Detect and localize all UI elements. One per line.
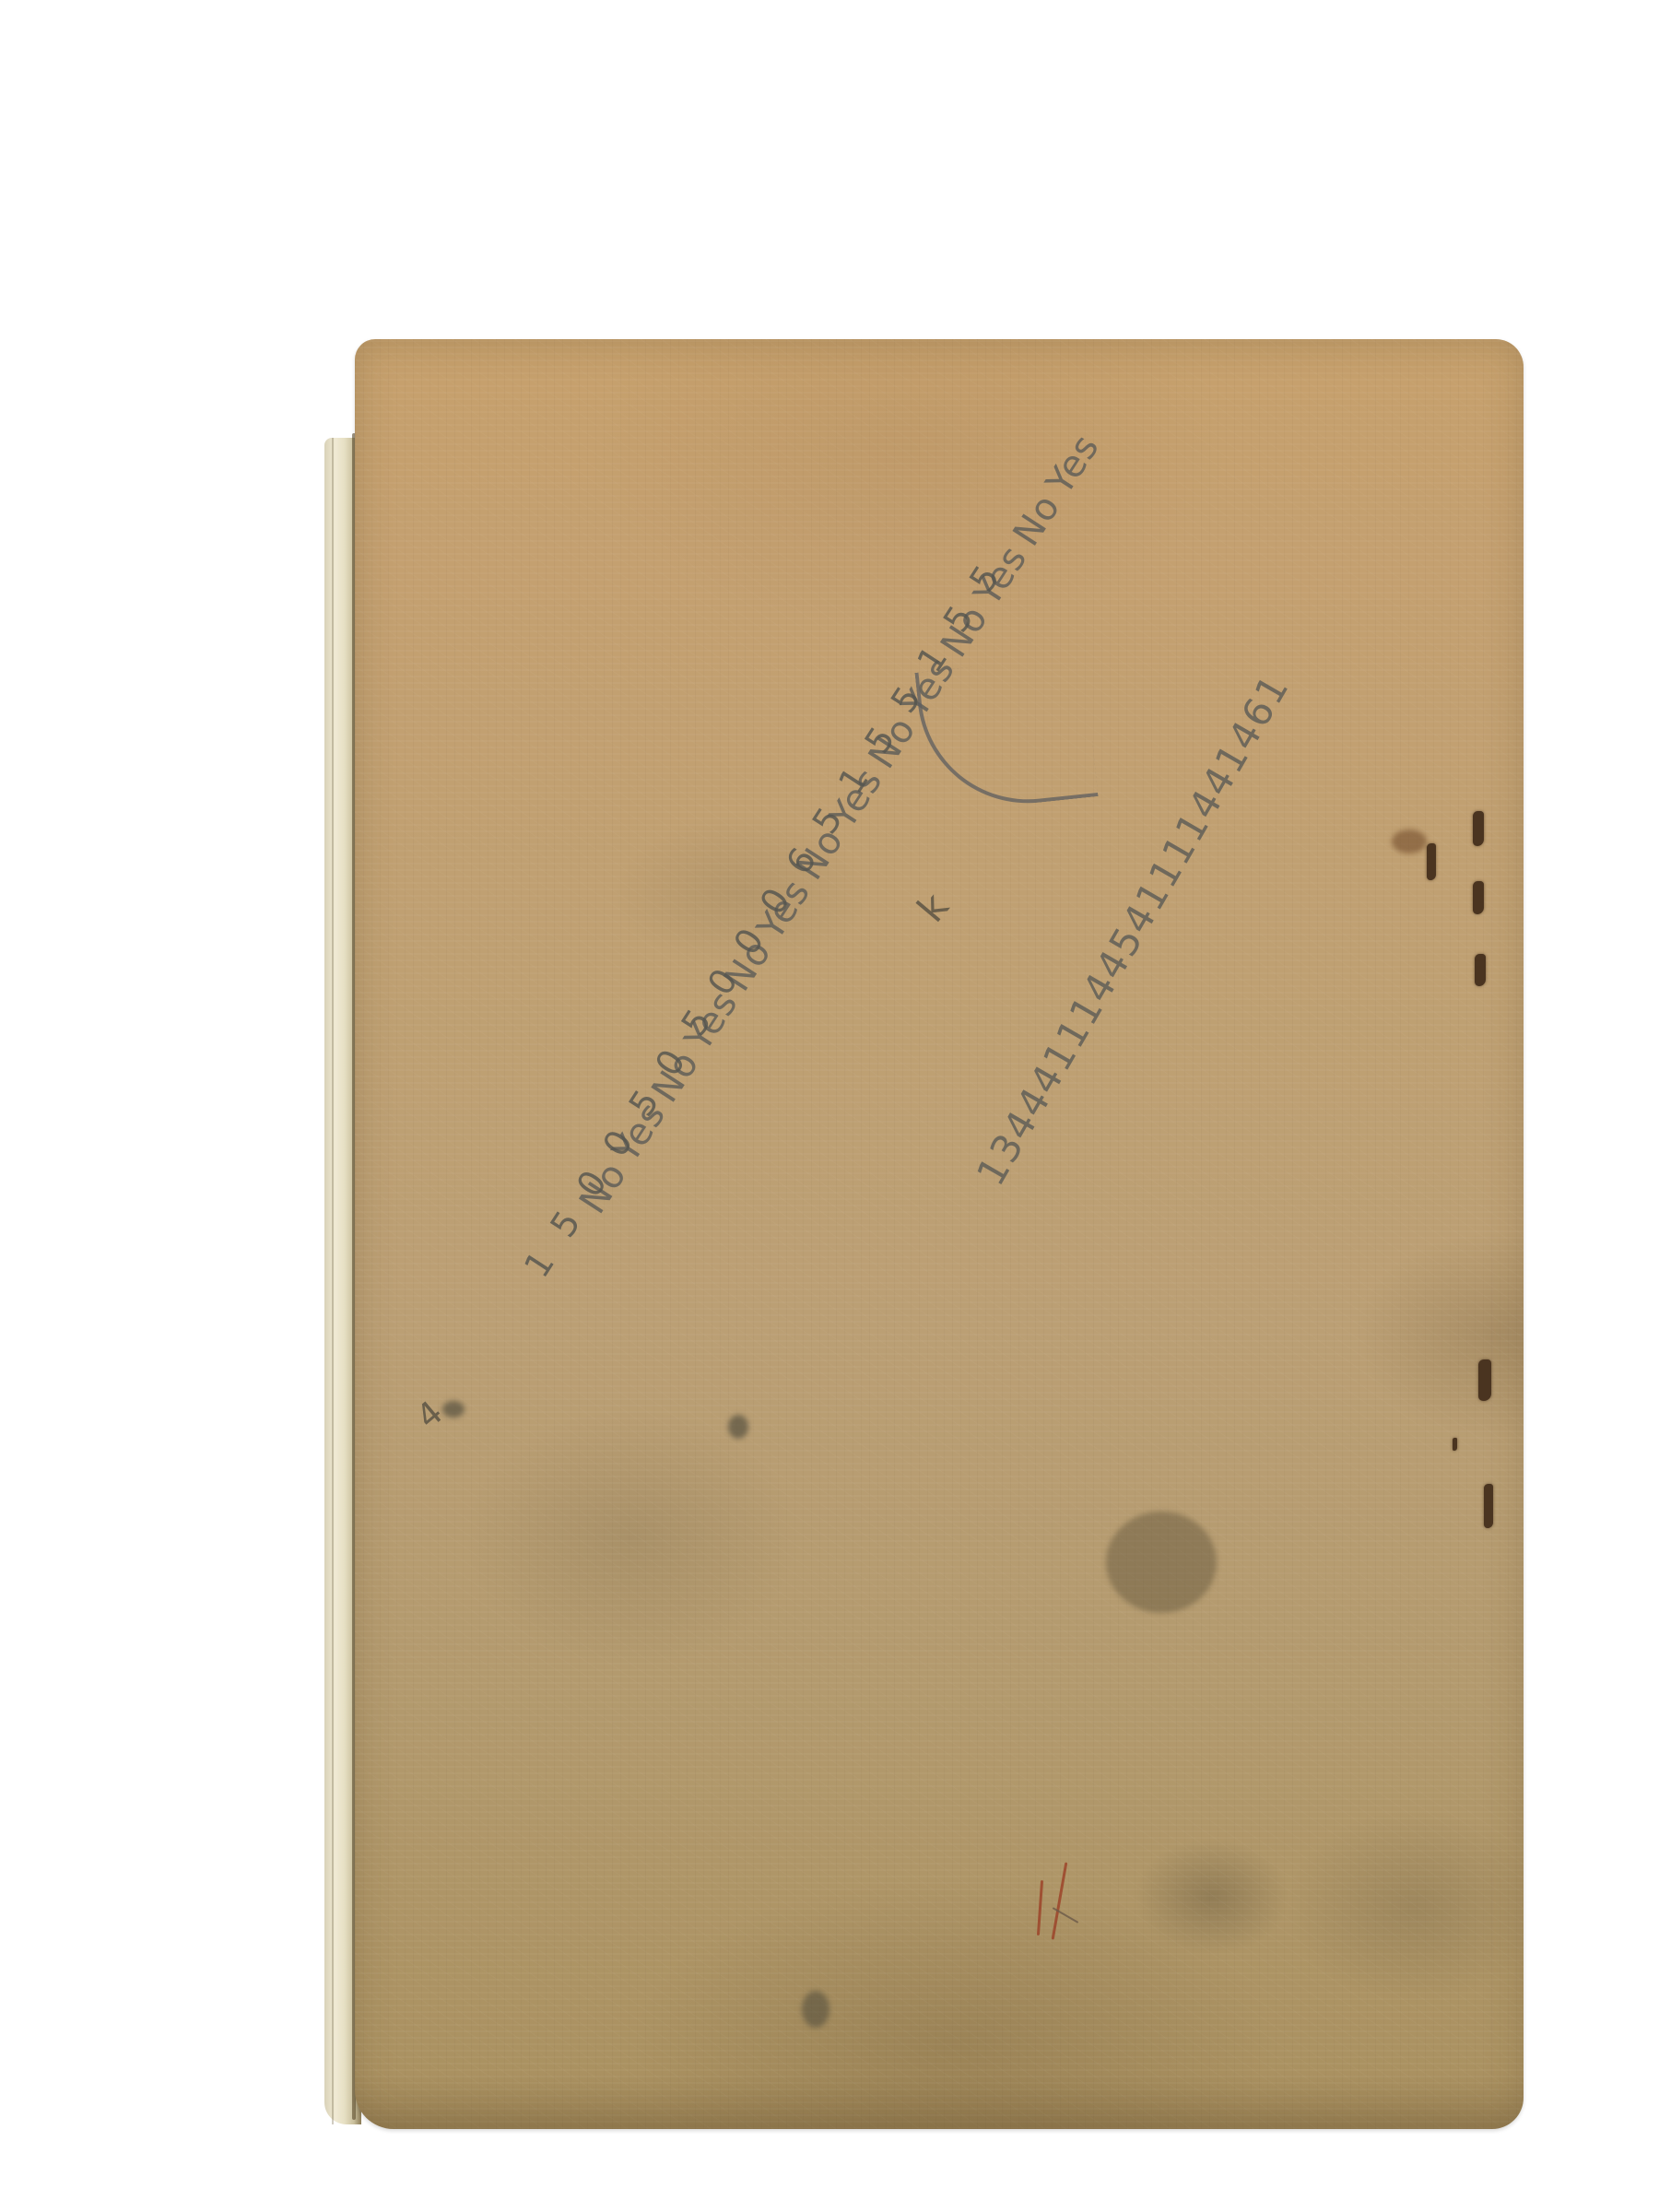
binding-hole [1484, 1484, 1493, 1528]
binding-hole [1475, 954, 1486, 986]
cover-stain [728, 1415, 748, 1439]
binding-hole [1473, 881, 1484, 914]
binding-hole [1453, 1438, 1457, 1451]
cover-stain [1392, 829, 1427, 853]
cover-stain [442, 1401, 465, 1418]
binding-hole [1427, 843, 1436, 880]
binding-hole [1478, 1359, 1491, 1401]
cover-stain [1106, 1512, 1217, 1613]
binding-hole [1473, 811, 1484, 846]
book-back-cover [355, 339, 1524, 2129]
photo-scene: No Yes No Yes No Yes No Yes No Yes No Ye… [0, 0, 1659, 2212]
cover-stain [802, 1991, 829, 2028]
